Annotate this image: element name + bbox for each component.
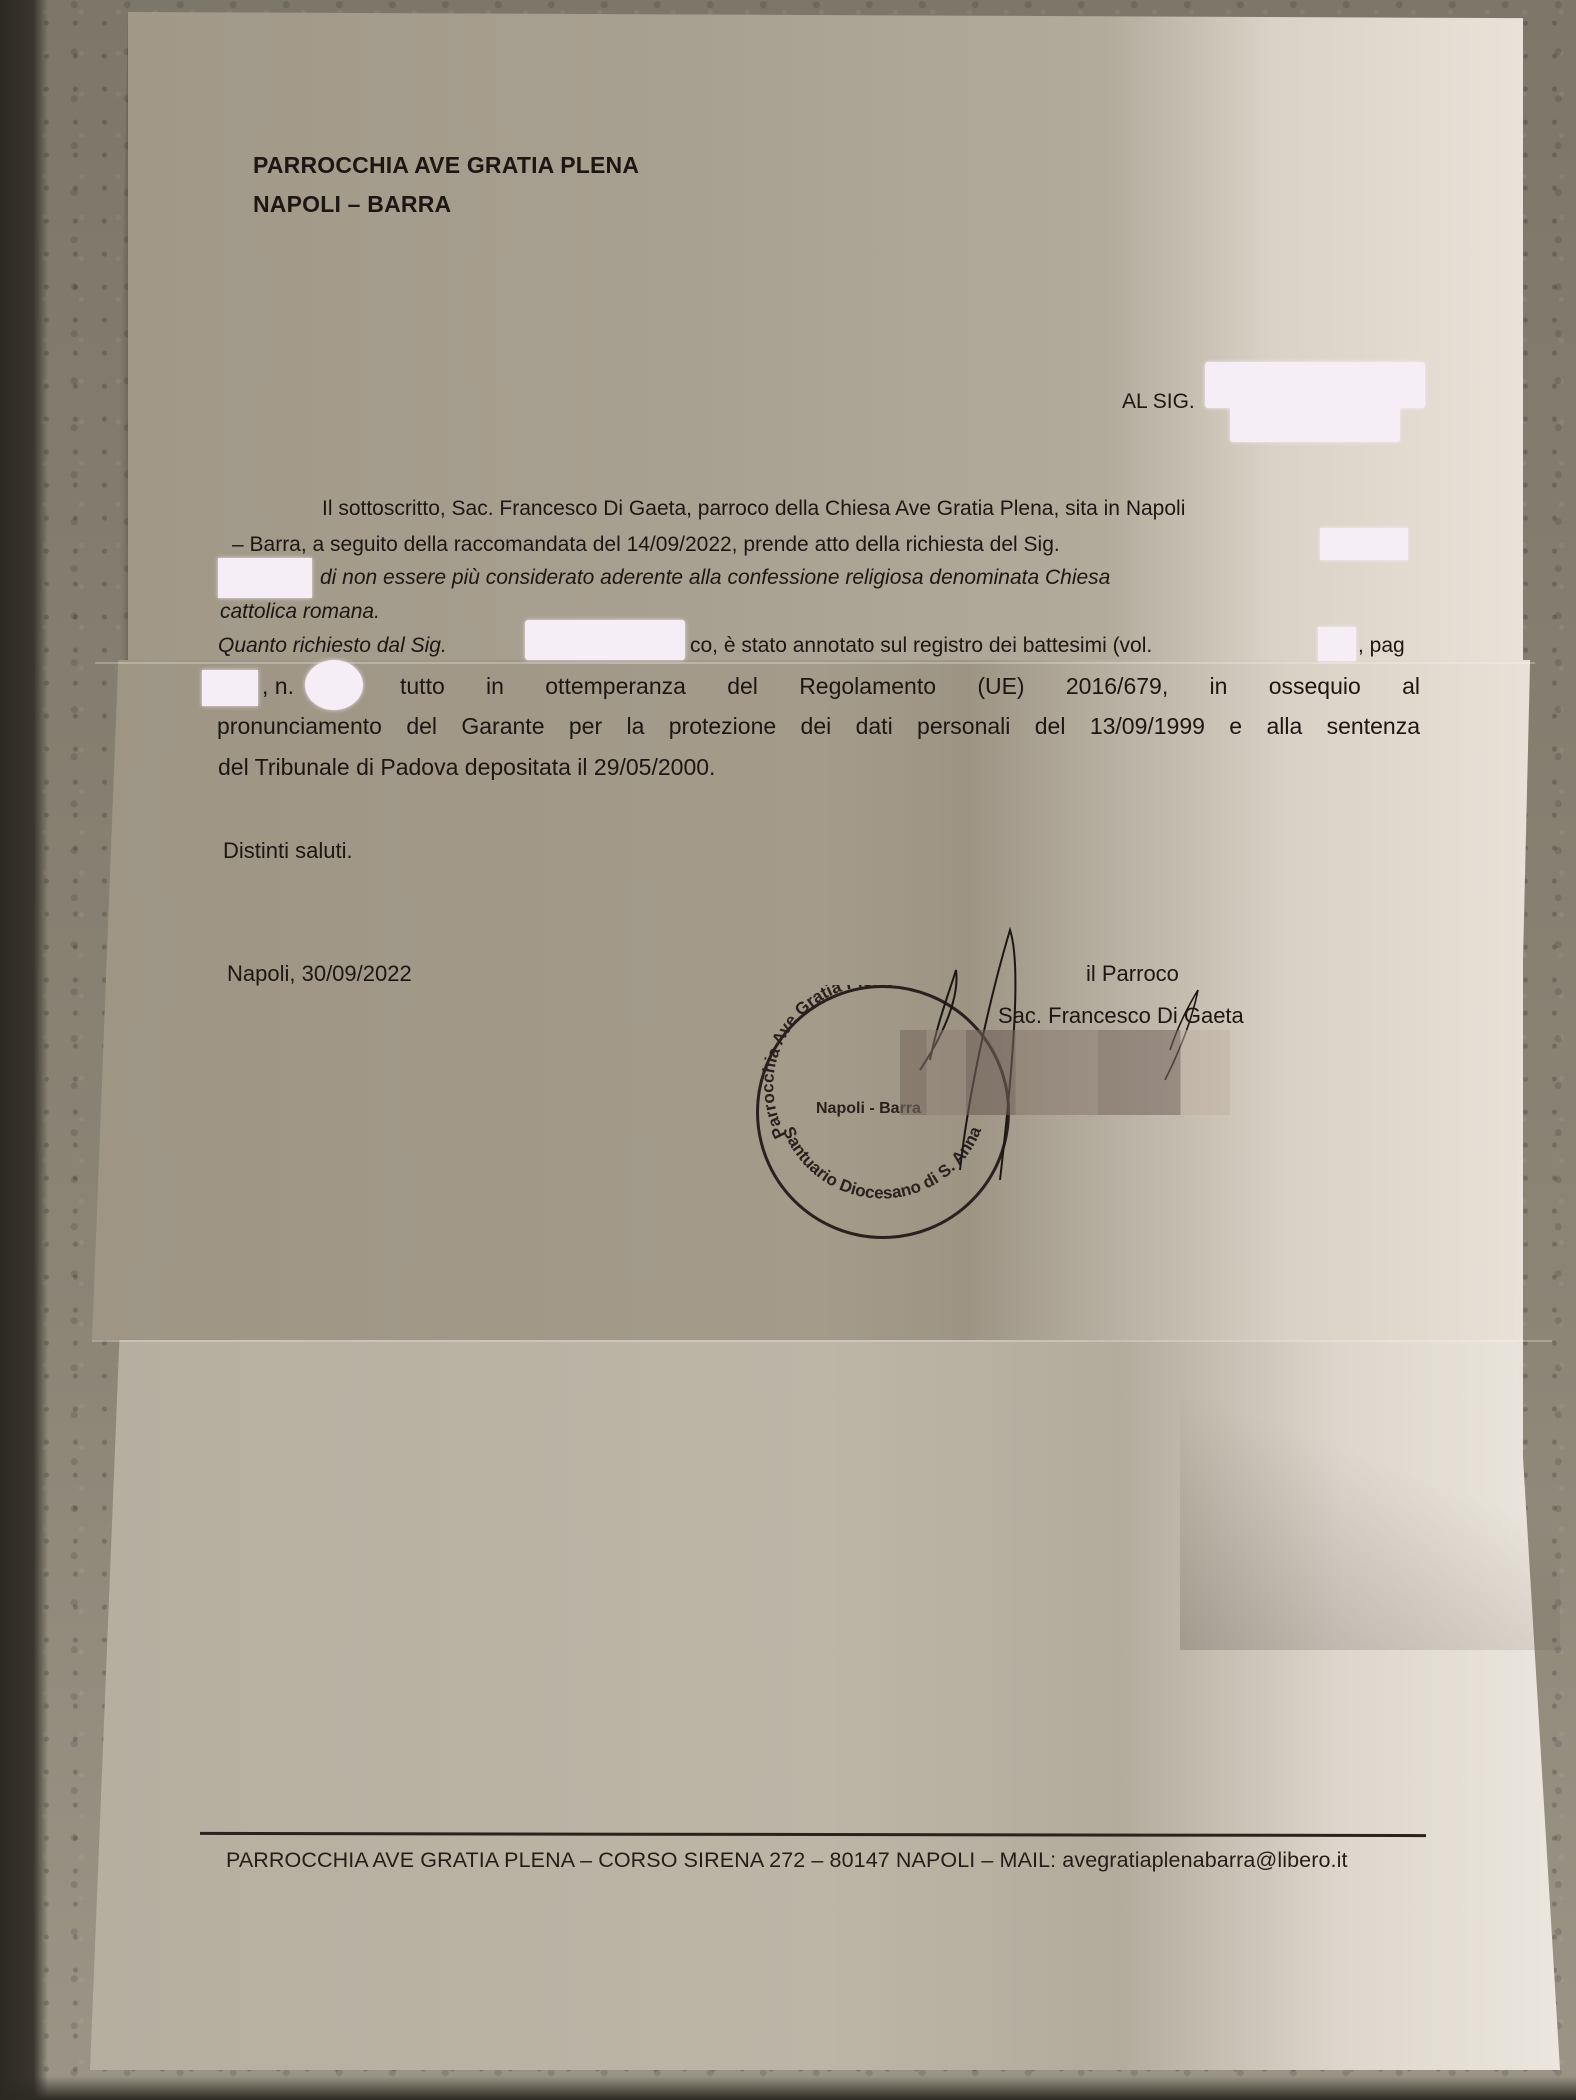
body-line-1: Il sottoscritto, Sac. Francesco Di Gaeta… <box>322 497 1185 521</box>
redacted-number <box>305 660 363 710</box>
pixelated-redaction <box>900 1030 1230 1115</box>
table-edge-bottom <box>0 2076 1576 2100</box>
body-line-7: pronunciamento del Garante per la protez… <box>217 713 1420 740</box>
redacted-page <box>202 670 258 706</box>
body-line-8: del Tribunale di Padova depositata il 29… <box>218 754 715 781</box>
table-edge <box>0 0 48 2100</box>
letterhead-line-1: PARROCCHIA AVE GRATIA PLENA <box>253 152 639 179</box>
fold-crease <box>95 662 1535 664</box>
closing-salutation: Distinti saluti. <box>223 838 353 864</box>
body-line-6: tutto in ottemperanza del Regolamento (U… <box>400 673 1420 700</box>
redacted-name-inline <box>1320 528 1408 560</box>
redacted-name-inline-3 <box>525 620 685 660</box>
body-line-6-prefix: , n. <box>262 673 294 700</box>
body-line-5-prefix: Quanto richiesto dal Sig. <box>218 634 447 658</box>
redacted-addressee-name-2 <box>1230 402 1400 442</box>
hand-shadow <box>1180 1350 1560 1650</box>
redacted-name-inline-2 <box>218 558 312 598</box>
place-and-date: Napoli, 30/09/2022 <box>227 961 412 987</box>
body-line-4: cattolica romana. <box>220 600 380 624</box>
body-line-5-suffix: , pag <box>1358 634 1405 658</box>
letterhead-line-2: NAPOLI – BARRA <box>253 191 451 218</box>
body-line-3: di non essere più considerato aderente a… <box>320 566 1110 590</box>
footer-contact: PARROCCHIA AVE GRATIA PLENA – CORSO SIRE… <box>226 1848 1348 1873</box>
body-line-2: – Barra, a seguito della raccomandata de… <box>232 533 1060 557</box>
addressee-label: AL SIG. <box>1122 390 1195 414</box>
body-line-5-middle: co, è stato annotato sul registro dei ba… <box>690 634 1152 658</box>
redacted-volume <box>1318 627 1356 661</box>
fold-crease <box>92 1340 1552 1342</box>
